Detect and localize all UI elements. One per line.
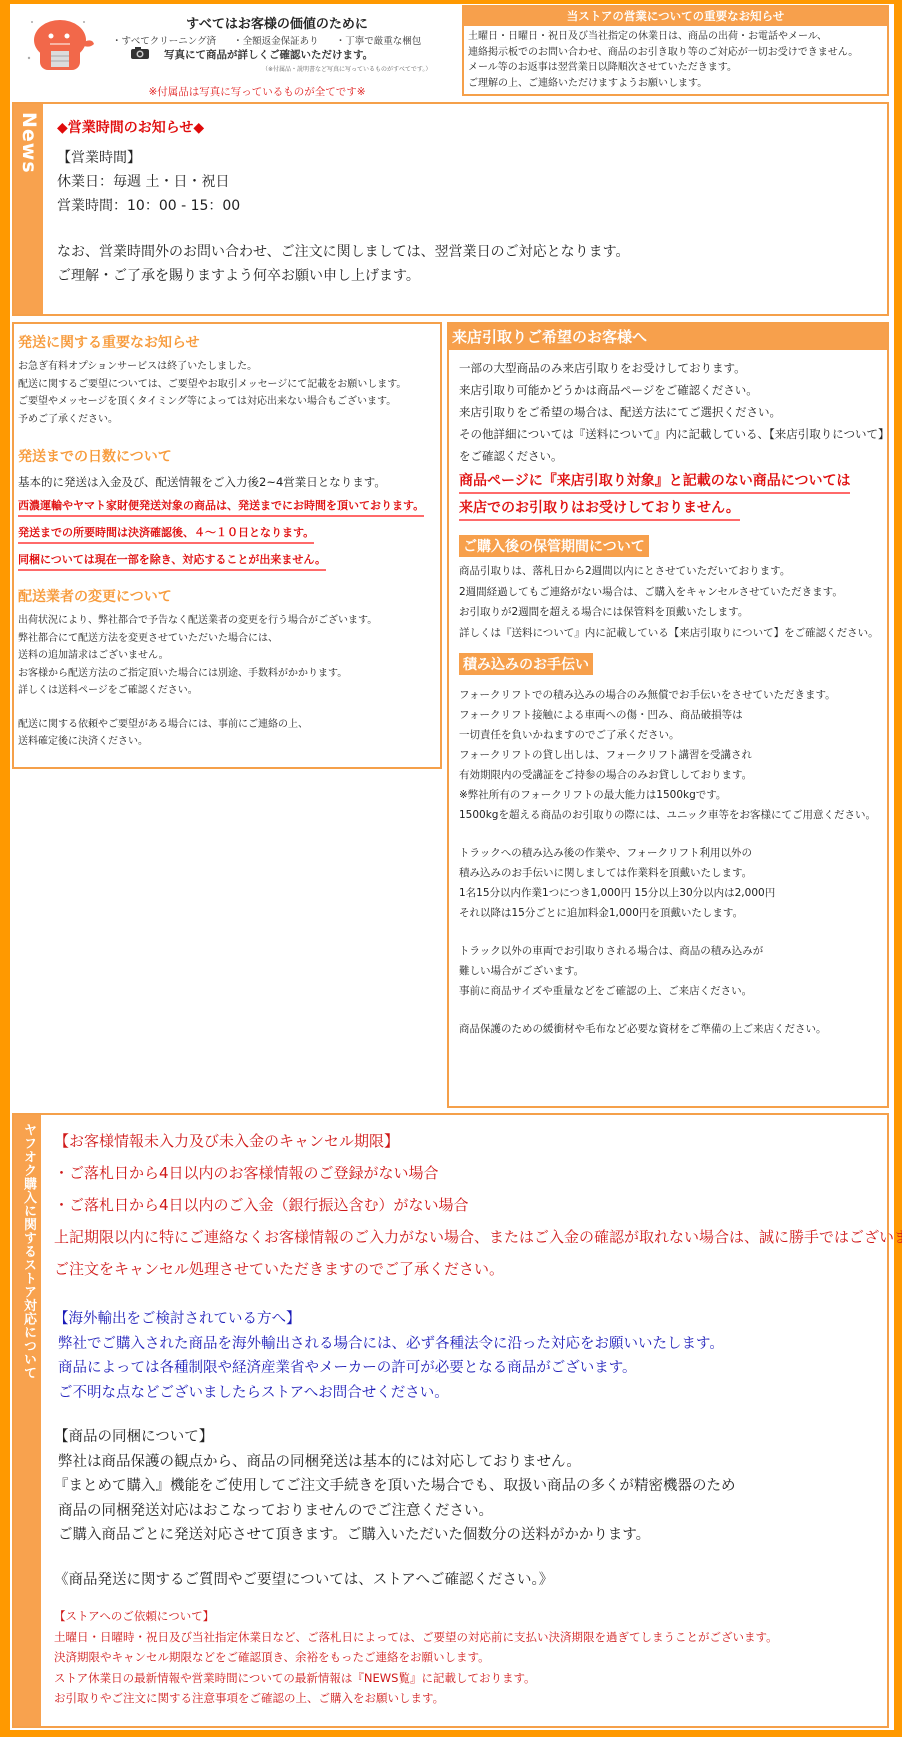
- text-line: 弊社でご購入された商品を海外輸出される場合には、必ず各種法令に沿った対応をお願い…: [54, 1332, 902, 1357]
- text-line: 商品引取りは、落札日から2週間以内にとさせていただいております。: [459, 561, 879, 582]
- text-line: お客様から配送方法のご指定頂いた場合には別途、手数料がかかります。: [18, 665, 436, 683]
- text-line: フォークリフトの貸し出しは、フォークリフト講習を受講され: [459, 745, 879, 765]
- feature-item: ・すべてクリーニング済: [112, 36, 216, 47]
- store-policy-box: ヤフオク購入に関するストア対応について 【お客様情報未入力及び未入金のキャンセル…: [12, 1113, 889, 1728]
- text-line: 配送に関する依頼やご要望がある場合には、事前にご連絡の上、: [18, 716, 436, 734]
- news-note: ご理解・ご了承を賜りますよう何卒お願い申し上げます。: [57, 264, 629, 288]
- text-line: ※弊社所有のフォークリフトの最大能力は1500kgです。: [459, 785, 879, 805]
- alert-line: 同梱については現在一部を除き、対応することが出来ません。: [18, 551, 326, 571]
- news-hours-heading: 【営業時間】: [57, 146, 629, 170]
- text-line: 来店引取りをご希望の場合は、配送方法にてご選択ください。: [459, 401, 879, 423]
- text-line: ・ご落札日から4日以内のご入金（銀行振込含む）がない場合: [54, 1189, 902, 1221]
- text-line: お急ぎ有料オプションサービスは終了いたしました。: [18, 358, 436, 376]
- text-line: フォークリフトでの積み込みの場合のみ無償でお手伝いをさせていただきます。: [459, 685, 879, 705]
- inquiry-note: 《商品発送に関するご質問やご要望については、ストアへご確認ください。》: [54, 1568, 902, 1593]
- header-photo-note: （※付属品・説明書など写真に写っているものがすべてです。）: [262, 64, 431, 73]
- text-line: 『まとめて購入』機能をご使用してご注文手続きを頂いた場合でも、取扱い商品の多くが…: [54, 1474, 902, 1499]
- alert-line: 西濃運輸やヤマト家財便発送対象の商品は、発送までにお時間を頂いております。: [18, 497, 424, 517]
- text-line: 出荷状況により、弊社都合で予告なく配送業者の変更を行う場合がございます。: [18, 612, 436, 630]
- camera-icon: [130, 46, 150, 60]
- text-line: 来店引取り可能かどうかは商品ページをご確認ください。: [459, 379, 879, 401]
- requests-heading: 【ストアへのご依頼について】: [54, 1606, 902, 1627]
- export-heading: 【海外輸出をご検討されている方へ】: [54, 1307, 902, 1332]
- mascot-icon: [26, 16, 98, 74]
- text-line: 送料の追加請求はございません。: [18, 647, 436, 665]
- text-line: 送料確定後に決済ください。: [18, 733, 436, 751]
- text-line: 商品保護のための緩衝材や毛布など必要な資材をご準備の上ご来店ください。: [459, 1019, 879, 1039]
- section-heading: 発送までの日数について: [18, 446, 436, 466]
- text-line: 2週間経過してもご連絡がない場合は、ご購入をキャンセルさせていただきます。: [459, 582, 879, 603]
- news-closed-days: 休業日：毎週 土・日・祝日: [57, 170, 629, 194]
- text-line: 決済期限やキャンセル期限などをご確認頂き、余裕をもったご連絡をお願いします。: [54, 1647, 902, 1668]
- section-heading: 配送業者の変更について: [18, 586, 436, 606]
- text-line: 1500kgを超える商品のお引取りの際には、ユニック車等をお客様にてご用意くださ…: [459, 805, 879, 825]
- news-box: News ◆営業時間のお知らせ◆ 【営業時間】 休業日：毎週 土・日・祝日 営業…: [12, 102, 889, 316]
- text-line: 一部の大型商品のみ来店引取りをお受けしております。: [459, 357, 879, 379]
- section-heading: 発送に関する重要なお知らせ: [18, 332, 436, 352]
- text-line: ストア休業日の最新情報や営業時間についての最新情報は『NEWS覧』に記載しており…: [54, 1668, 902, 1689]
- text-line: 有効期限内の受講証をご持参の場合のみお貸ししております。: [459, 765, 879, 785]
- feature-item: ・全額返金保証あり: [233, 36, 319, 47]
- header-features: ・すべてクリーニング済 ・全額返金保証あり ・丁寧で厳重な梱包: [112, 33, 435, 47]
- text-line: 1名15分以内作業1つにつき1,000円 15分以上30分以内は2,000円: [459, 883, 879, 903]
- store-notice-line: ご理解の上、ご連絡いただけますようお願いします。: [468, 76, 883, 92]
- text-line: お引取りやご注文に関する注意事項をご確認の上、ご購入をお願いします。: [54, 1688, 902, 1709]
- text-line: 詳しくは『送料について』内に記載している【来店引取りについて】をご確認ください。: [459, 623, 879, 644]
- text-line: 詳しくは送料ページをご確認ください。: [18, 682, 436, 700]
- news-note: なお、営業時間外のお問い合わせ、ご注文に関しましては、翌営業日のご対応となります…: [57, 240, 629, 264]
- text-line: 基本的に発送は入金及び、配送情報をご入力後2~4営業日となります。: [18, 472, 436, 493]
- text-line: ご要望やメッセージを頂くタイミング等によっては対応出来ない場合もございます。: [18, 393, 436, 411]
- store-notice-line: 土曜日・日曜日・祝日及び当社指定の休業日は、商品の出荷・お電話やメール、: [468, 29, 883, 45]
- text-line: ご注文をキャンセル処理させていただきますのでご了承ください。: [54, 1253, 902, 1285]
- alert-line: 発送までの所要時間は決済確認後、４～１０日となります。: [18, 524, 314, 544]
- alert-line: 来店でのお引取りはお受けしておりません。: [459, 497, 740, 521]
- text-line: 商品によっては各種制限や経済産業省やメーカーの許可が必要となる商品がございます。: [54, 1356, 902, 1381]
- news-business-hours: 営業時間：10：00 - 15：00: [57, 194, 629, 218]
- text-line: 配送に関するご要望については、ご要望やお取引メッセージにて記載をお願いします。: [18, 376, 436, 394]
- news-side-label: News: [18, 112, 40, 174]
- text-line: をご確認ください。: [459, 445, 879, 467]
- text-line: ・ご落札日から4日以内のお客様情報のご登録がない場合: [54, 1157, 902, 1189]
- accessory-note: ※付属品は写真に写っているものが全てです※: [112, 84, 402, 99]
- bundle-heading: 【商品の同梱について】: [54, 1425, 902, 1450]
- header-title: すべてはお客様の価値のために: [127, 13, 427, 32]
- text-line: ご購入商品ごとに発送対応させて頂きます。ご購入いただいた個数分の送料がかかります…: [54, 1523, 902, 1548]
- store-notice-line: 連絡掲示板でのお問い合わせ、商品のお引き取り等のご対応が一切お受けできません。: [468, 45, 883, 61]
- pickup-info-box: 来店引取りご希望のお客様へ 一部の大型商品のみ来店引取りをお受けしております。 …: [447, 322, 889, 1108]
- store-notice-line: メール等のお返事は翌営業日以降順次させていただきます。: [468, 60, 883, 76]
- header-banner: すべてはお客様の価値のために ・すべてクリーニング済 ・全額返金保証あり ・丁寧…: [12, 6, 455, 98]
- text-line: 積み込みのお手伝いに関しましては作業料を頂戴いたします。: [459, 863, 879, 883]
- text-line: 商品の同梱発送対応はおこなっておりませんのでご注意ください。: [54, 1499, 902, 1524]
- text-line: ご不明な点などございましたらストアへお問合せください。: [54, 1381, 902, 1406]
- text-line: 難しい場合がございます。: [459, 961, 879, 981]
- text-line: 土曜日・日曜時・祝日及び当社指定休業日など、ご落札日によっては、ご要望の対応前に…: [54, 1627, 902, 1648]
- news-title: ◆営業時間のお知らせ◆: [57, 116, 629, 140]
- section-heading: 積み込みのお手伝い: [459, 653, 593, 675]
- text-line: それ以降は15分ごとに追加料金1,000円を頂戴いたします。: [459, 903, 879, 923]
- cancel-heading: 【お客様情報未入力及び未入金のキャンセル期限】: [54, 1125, 902, 1157]
- text-line: トラック以外の車両でお引取りされる場合は、商品の積み込みが: [459, 941, 879, 961]
- text-line: 上記期限以内に特にご連絡なくお客様情報のご入力がない場合、またはご入金の確認が取…: [54, 1221, 902, 1253]
- text-line: 一切責任を負いかねますのでご了承ください。: [459, 725, 879, 745]
- text-line: トラックへの積み込み後の作業や、フォークリフト利用以外の: [459, 843, 879, 863]
- text-line: 弊社は商品保護の観点から、商品の同梱発送は基本的には対応しておりません。: [54, 1450, 902, 1475]
- text-line: 弊社都合にて配送方法を変更させていただいた場合には、: [18, 630, 436, 648]
- text-line: フォークリフト接触による車両への傷・凹み、商品破損等は: [459, 705, 879, 725]
- store-notice-title: 当ストアの営業についての重要なお知らせ: [464, 7, 887, 26]
- text-line: 事前に商品サイズや重量などをご確認の上、ご来店ください。: [459, 981, 879, 1001]
- store-side-label: ヤフオク購入に関するストア対応について: [19, 1123, 38, 1380]
- section-heading: ご購入後の保管期間について: [459, 535, 649, 557]
- shipping-info-box: 発送に関する重要なお知らせ お急ぎ有料オプションサービスは終了いたしました。 配…: [12, 322, 442, 769]
- feature-item: ・丁寧で厳重な梱包: [336, 36, 422, 47]
- pickup-title: 来店引取りご希望のお客様へ: [449, 324, 887, 350]
- store-side-bar: ヤフオク購入に関するストア対応について: [14, 1115, 41, 1726]
- news-side-bar: News: [14, 104, 43, 314]
- text-line: お引取りが2週間を超える場合には保管料を頂戴いたします。: [459, 602, 879, 623]
- text-line: その他詳細については『送料について』内に記載している、【来店引取りについて】: [459, 423, 879, 445]
- header-photo-text: 写真にて商品が詳しくご確認いただけます。: [164, 47, 373, 62]
- text-line: 予めご了承ください。: [18, 411, 436, 429]
- store-notice-box: 当ストアの営業についての重要なお知らせ 土曜日・日曜日・祝日及び当社指定の休業日…: [462, 5, 889, 96]
- alert-line: 商品ページに『来店引取り対象』と記載のない商品については: [459, 470, 850, 494]
